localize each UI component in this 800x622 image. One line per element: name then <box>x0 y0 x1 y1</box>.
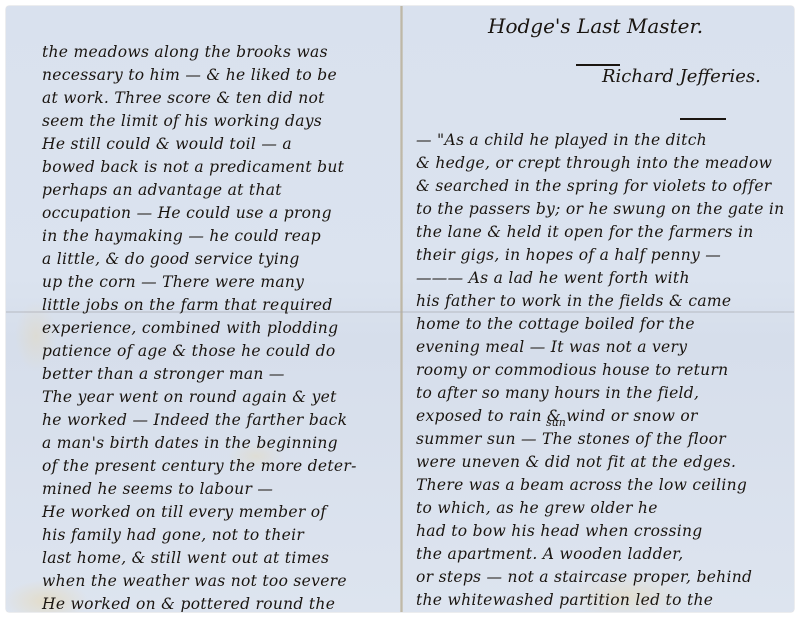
manuscript-line: of the present century the more deter- <box>42 456 357 476</box>
manuscript-line: better than a stronger man — <box>42 364 285 384</box>
manuscript-line: seem the limit of his working days <box>42 111 322 131</box>
manuscript-line: a man's birth dates in the beginning <box>42 433 338 453</box>
manuscript-line: perhaps an advantage at that <box>42 180 282 200</box>
manuscript-author: Richard Jefferies. <box>602 66 761 87</box>
manuscript-line: their gigs, in hopes of a half penny — <box>416 245 721 265</box>
manuscript-line: & searched in the spring for violets to … <box>416 176 772 196</box>
manuscript-line: necessary to him — & he liked to be <box>42 65 337 85</box>
manuscript-line: & hedge, or crept through into the meado… <box>416 153 772 173</box>
manuscript-line: mined he seems to labour — <box>42 479 273 499</box>
author-underline <box>680 118 726 120</box>
manuscript-line: patience of age & those he could do <box>42 341 336 361</box>
manuscript-line: were uneven & did not fit at the edges. <box>416 452 736 472</box>
manuscript-line: experience, combined with plodding <box>42 318 338 338</box>
manuscript-line: last home, & still went out at times <box>42 548 329 568</box>
manuscript-line: he worked — Indeed the farther back <box>42 410 347 430</box>
manuscript-title: Hodge's Last Master. <box>488 14 703 38</box>
manuscript-line: The year went on round again & yet <box>42 387 337 407</box>
manuscript-line: evening meal — It was not a very <box>416 337 687 357</box>
manuscript-line: He worked on & pottered round the <box>42 594 335 612</box>
manuscript-line: his family had gone, not to their <box>42 525 304 545</box>
inserted-word: sun <box>546 416 566 429</box>
manuscript-line: the whitewashed partition led to the <box>416 590 713 610</box>
manuscript-line: a little, & do good service tying <box>42 249 300 269</box>
manuscript-line: He still could & would toil — a <box>42 134 292 154</box>
manuscript-line: when the weather was not too severe <box>42 571 347 591</box>
manuscript-line: to the passers by; or he swung on the ga… <box>416 199 784 219</box>
center-fold <box>400 6 403 612</box>
manuscript-line: ——— As a lad he went forth with <box>416 268 690 288</box>
manuscript-line: or steps — not a staircase proper, behin… <box>416 567 752 587</box>
left-page: the meadows along the brooks was necessa… <box>42 6 398 612</box>
manuscript-line: at work. Three score & ten did not <box>42 88 325 108</box>
manuscript-line: had to bow his head when crossing <box>416 521 703 541</box>
manuscript-line: in the haymaking — he could reap <box>42 226 321 246</box>
manuscript-line: the apartment. A wooden ladder, <box>416 544 684 564</box>
manuscript-line: little jobs on the farm that required <box>42 295 333 315</box>
manuscript-line: to after so many hours in the field, <box>416 383 699 403</box>
manuscript-line: home to the cottage boiled for the <box>416 314 695 334</box>
manuscript-line: summer sun — The stones of the floor <box>416 429 726 449</box>
manuscript-line: occupation — He could use a prong <box>42 203 332 223</box>
right-page: Hodge's Last Master. Richard Jefferies. … <box>416 6 786 612</box>
manuscript-line: the lane & held it open for the farmers … <box>416 222 754 242</box>
manuscript-line: to which, as he grew older he <box>416 498 658 518</box>
manuscript-line: his father to work in the fields & came <box>416 291 731 311</box>
manuscript-line: roomy or commodious house to return <box>416 360 728 380</box>
manuscript-line: up the corn — There were many <box>42 272 304 292</box>
manuscript-line: There was a beam across the low ceiling <box>416 475 747 495</box>
manuscript-sheet: the meadows along the brooks was necessa… <box>6 6 794 612</box>
manuscript-line: bowed back is not a predicament but <box>42 157 344 177</box>
manuscript-line: — "As a child he played in the ditch <box>416 130 707 150</box>
manuscript-line: the meadows along the brooks was <box>42 42 328 62</box>
manuscript-line: He worked on till every member of <box>42 502 326 522</box>
